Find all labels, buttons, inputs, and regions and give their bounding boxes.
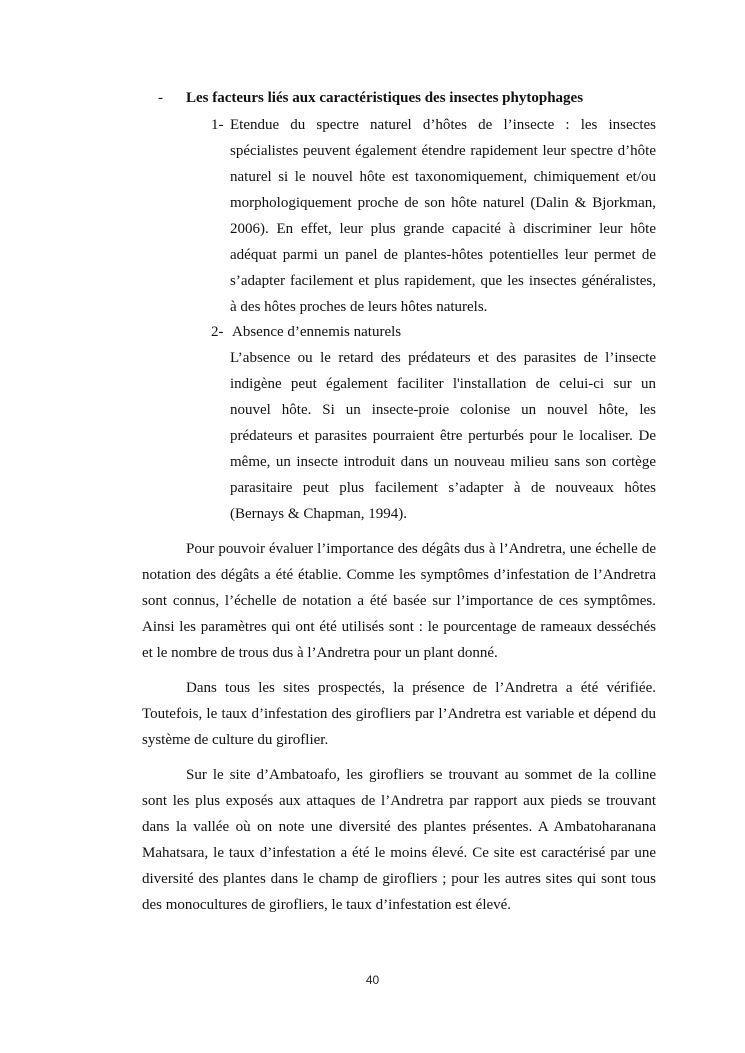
item-2-line: prédateurs et parasites pourraient être …	[230, 427, 656, 445]
item-2-title: Absence d’ennemis naturels	[232, 323, 401, 341]
document-page: - Les facteurs liés aux caractéristiques…	[0, 0, 745, 1053]
paragraph-1-line: Pour pouvoir évaluer l’importance des dé…	[186, 540, 656, 558]
item-1-line: spécialistes peuvent également étendre r…	[230, 142, 656, 160]
item-1-line: naturel si le nouvel hôte est taxonomiqu…	[230, 168, 656, 186]
item-2-line: L’absence ou le retard des prédateurs et…	[230, 349, 656, 367]
item-1-line: 2006). En effet, leur plus grande capaci…	[230, 220, 656, 238]
paragraph-3-line: sont les plus exposés aux attaques de l’…	[142, 792, 656, 810]
paragraph-3-line: diversité des plantes dans le champ de g…	[142, 870, 656, 888]
page-number: 40	[0, 973, 745, 987]
paragraph-1-line: sont connus, l’échelle de notation a été…	[142, 592, 656, 610]
bullet-dash: -	[158, 89, 163, 107]
paragraph-2-line: Toutefois, le taux d’infestation des gir…	[142, 705, 656, 723]
item-1-line: à des hôtes proches de leurs hôtes natur…	[230, 298, 487, 316]
item-2-number: 2-	[211, 323, 224, 341]
item-1-line: adéquat parmi un panel de plantes-hôtes …	[230, 246, 656, 264]
paragraph-1-line: et le nombre de trous dus à l’Andretra p…	[142, 644, 498, 662]
item-2-line: (Bernays & Chapman, 1994).	[230, 505, 407, 523]
item-2-line: indigène peut également faciliter l'inst…	[230, 375, 656, 393]
paragraph-3-line: dans la vallée où on note une diversité …	[142, 818, 656, 836]
item-2-line: parasitaire peut plus facilement s’adapt…	[230, 479, 656, 497]
paragraph-1-line: Ainsi les paramètres qui ont été utilisé…	[142, 618, 656, 636]
paragraph-2-line: Dans tous les sites prospectés, la prése…	[186, 679, 656, 697]
item-1-line: morphologiquement proche de son hôte nat…	[230, 194, 656, 212]
item-1-line: s’adapter facilement et plus rapidement,…	[230, 272, 656, 290]
paragraph-3-line: Mahatsara, le taux d’infestation a été l…	[142, 844, 656, 862]
paragraph-2-line: système de culture du giroflier.	[142, 731, 328, 749]
item-1-line: Etendue du spectre naturel d’hôtes de l’…	[230, 116, 656, 134]
section-heading: Les facteurs liés aux caractéristiques d…	[186, 89, 583, 107]
item-2-line: nouvel hôte. Si un insecte-proie colonis…	[230, 401, 656, 419]
paragraph-3-line: des monocultures de girofliers, le taux …	[142, 896, 511, 914]
item-1-number: 1-	[211, 116, 224, 134]
paragraph-3-line: Sur le site d’Ambatoafo, les girofliers …	[186, 766, 656, 784]
item-2-line: même, un insecte introduit dans un nouve…	[230, 453, 656, 471]
paragraph-1-line: notation des dégâts a été établie. Comme…	[142, 566, 656, 584]
